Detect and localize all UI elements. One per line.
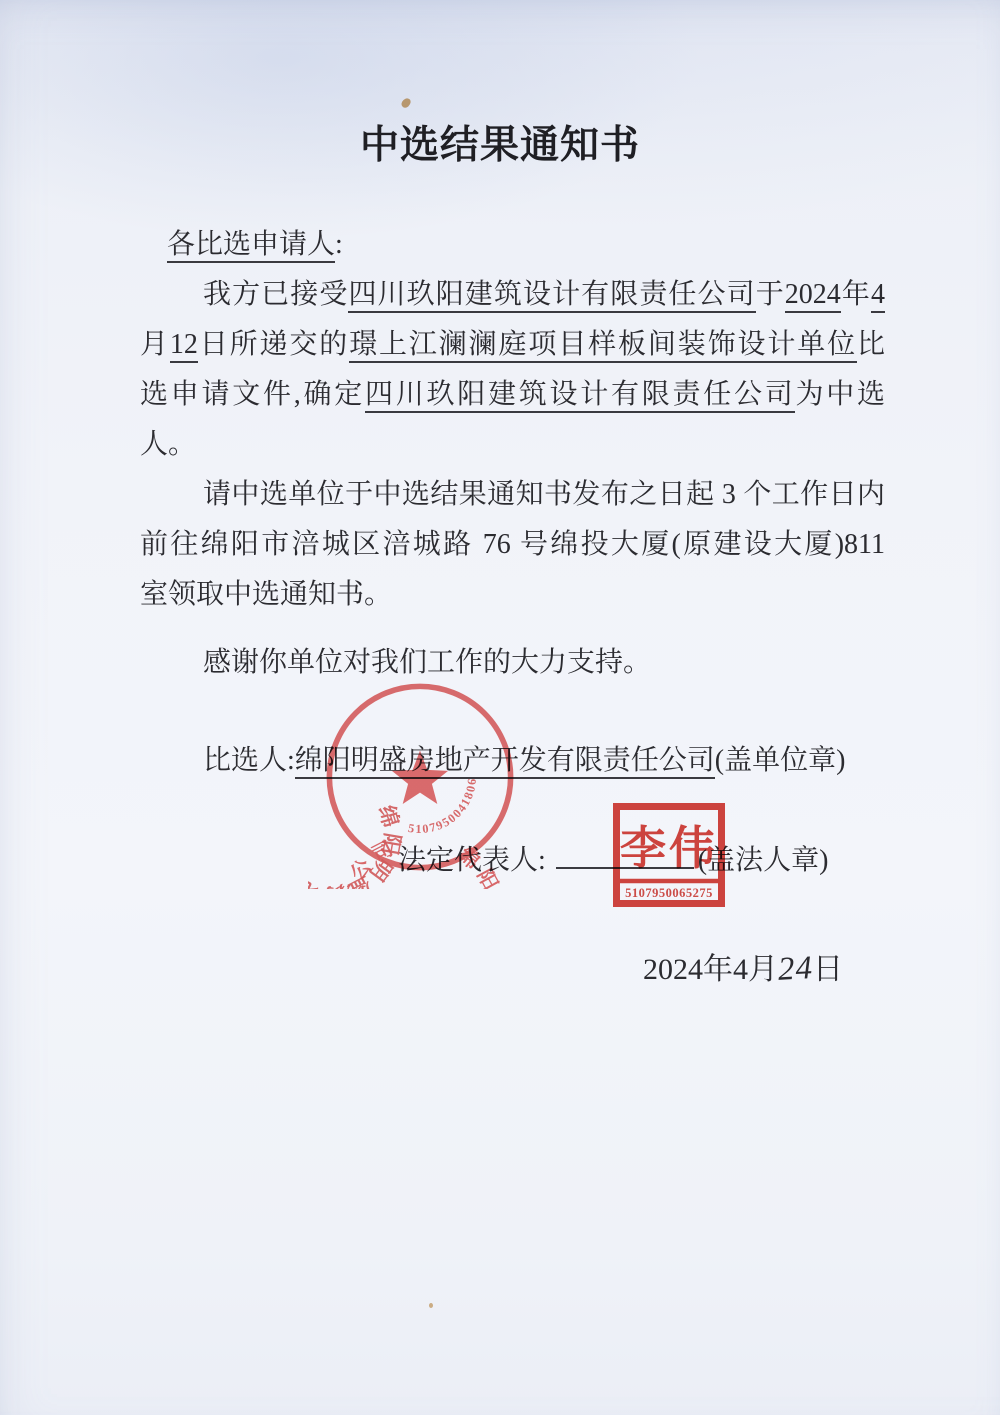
- submission-year: 2024: [785, 279, 841, 313]
- date-prefix: 2024年4月: [643, 953, 778, 986]
- paragraph2-line1: 请中选单位于中选结果通知书发布之日起 3 个工作日内: [140, 470, 885, 520]
- date-line: 2024年4月24日: [140, 944, 885, 995]
- paragraph2-line3: 室领取中选通知书。: [140, 570, 885, 620]
- round-company-seal: 绵阳明盛房地产开发有限责任公司 5107950041806 绵阳明盛房地产: [308, 665, 532, 889]
- paper-speck: [400, 97, 412, 110]
- salutation-text: 各比选申请人: [167, 229, 335, 263]
- body-text: 月: [140, 329, 170, 360]
- submission-month: 4: [871, 279, 885, 313]
- paper-speck: [429, 1303, 433, 1308]
- handwritten-day: 24: [777, 943, 815, 995]
- document-title: 中选结果通知书: [0, 114, 1000, 170]
- legal-representative-name-seal: 李伟 5107950065275: [612, 802, 726, 908]
- svg-text:绵阳明盛房地产: 绵阳明盛房地产: [308, 788, 433, 889]
- seal-instruction: (盖单位章): [715, 745, 846, 776]
- paragraph2-line2: 前往绵阳市涪城区涪城路 76 号绵投大厦(原建设大厦)811: [140, 520, 885, 570]
- scanned-document-page: 中选结果通知书 各比选申请人: 我方已接受四川玖阳建筑设计有限责任公司于2024…: [0, 0, 1000, 1415]
- body-text: 比: [857, 329, 885, 360]
- seal-star-icon: [392, 751, 448, 804]
- body-text: 选申请文件,确定: [140, 379, 365, 410]
- body-text: 年: [841, 279, 871, 310]
- body-text: 于: [756, 279, 785, 310]
- date-suffix: 日: [813, 953, 843, 986]
- body-text: 日所递交的: [198, 329, 349, 360]
- name-seal-serial: 5107950065275: [625, 886, 713, 900]
- name-seal-text: 李伟: [620, 823, 718, 874]
- salutation-colon: :: [335, 229, 343, 260]
- submission-day: 12: [170, 329, 198, 363]
- seal-double-strike-text: 绵阳明盛房地产: [308, 788, 433, 889]
- winner-company-name: 四川玖阳建筑设计有限责任公司: [348, 279, 755, 313]
- paragraph1-line2: 月12日所递交的璟上江澜澜庭项目样板间装饰设计单位比: [140, 320, 885, 370]
- selector-label: 比选人:: [203, 745, 295, 776]
- paragraph1-line3: 选申请文件,确定四川玖阳建筑设计有限责任公司为中选: [140, 370, 885, 420]
- body-text: 为中选: [795, 379, 885, 410]
- winner-company-name: 四川玖阳建筑设计有限责任公司: [365, 379, 795, 413]
- project-name: 璟上江澜澜庭项目样板间装饰设计单位: [349, 329, 857, 363]
- paragraph1-line4: 人。: [140, 420, 885, 470]
- salutation-line: 各比选申请人:: [140, 220, 885, 270]
- body-text: 我方已接受: [203, 279, 348, 310]
- paragraph1-line1: 我方已接受四川玖阳建筑设计有限责任公司于2024年4: [140, 270, 885, 320]
